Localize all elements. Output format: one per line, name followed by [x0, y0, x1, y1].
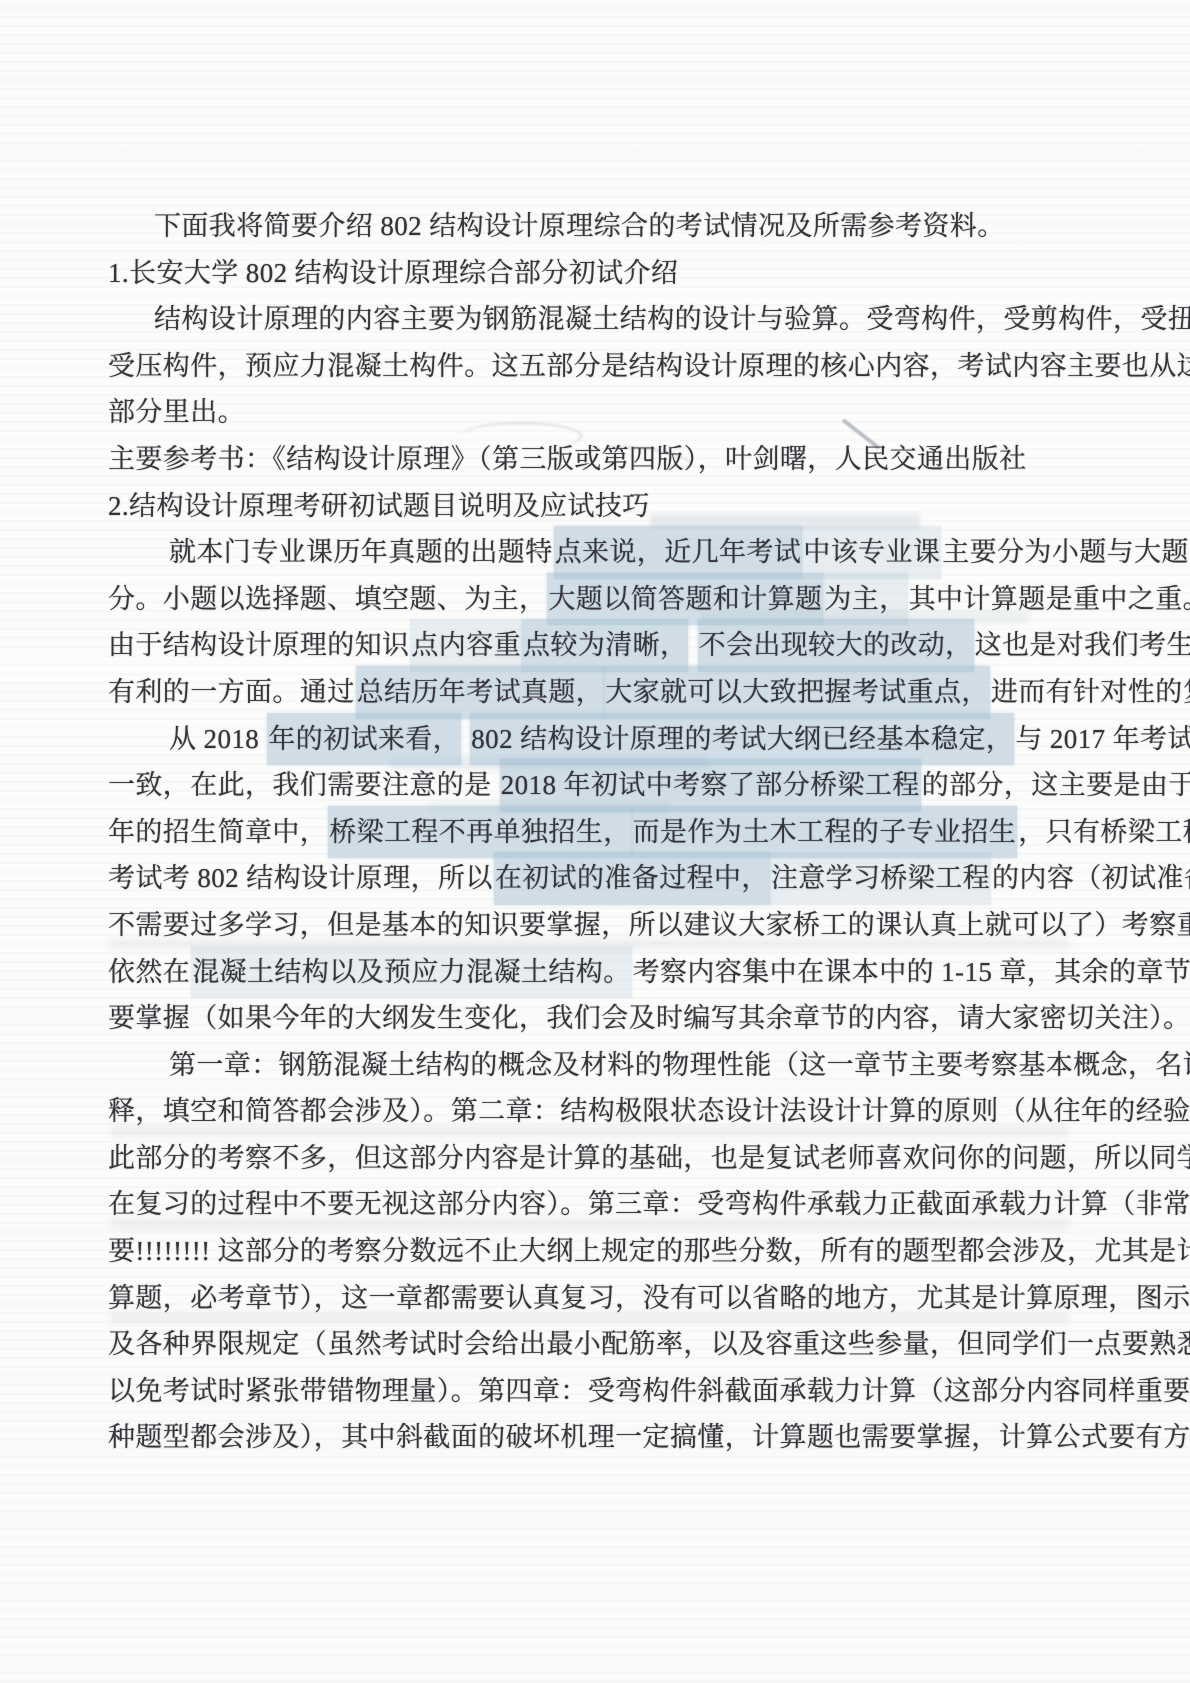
- text-segment: 释，填空和简答都会涉及）。第二章：结构极限状态设计法设计计算的原则（从往年的经验…: [107, 1085, 1190, 1138]
- text-segment: [461, 713, 470, 766]
- text-line: 就本门专业课历年真题的出题特点来说，近几年考试中该专业课主要分为小题与大题两部: [107, 529, 1107, 576]
- text-segment: 年的招生简章中，: [107, 806, 328, 859]
- document-page: 下面我将简要介绍 802 结构设计原理综合的考试情况及所需参考资料。1.长安大学…: [0, 0, 1190, 1683]
- text-line: 依然在混凝土结构以及预应力混凝土结构。考察内容集中在课本中的 1-15 章，其余…: [107, 949, 1107, 996]
- text-segment: ，只有桥梁工程的: [1017, 806, 1190, 859]
- text-segment: 主要分为小题与大题两部: [941, 526, 1190, 579]
- highlighted-text-segment: 而是作为土木工程的子专业招生: [632, 806, 1018, 859]
- highlighted-text-segment: 点来说，近几年考试: [554, 526, 803, 579]
- text-segment: 考察内容集中在课本中的 1-15 章，其余的章节不需: [632, 946, 1190, 999]
- document-text-block: 下面我将简要介绍 802 结构设计原理综合的考试情况及所需参考资料。1.长安大学…: [107, 203, 1107, 1461]
- text-segment: 要!!!!!!!! 这部分的考察分数远不止大纲上规定的那些分数，所有的题型都会涉…: [107, 1225, 1190, 1278]
- text-segment: 算题，必考章节），这一章都需要认真复习，没有可以省略的地方，尤其是计算原理，图示…: [107, 1272, 1190, 1325]
- text-segment: 受压构件，预应力混凝土构件。这五部分是结构设计原理的核心内容，考试内容主要也从这…: [107, 340, 1190, 393]
- text-segment: [688, 619, 697, 672]
- text-line: 一致，在此，我们需要注意的是 2018 年初试中考察了部分桥梁工程的部分，这主要…: [107, 762, 1107, 809]
- highlighted-text-segment: 为主，: [823, 573, 907, 626]
- text-line: 主要参考书：《结构设计原理》（第三版或第四版），叶剑曙，人民交通出版社: [107, 436, 1107, 483]
- text-line: 受压构件，预应力混凝土构件。这五部分是结构设计原理的核心内容，考试内容主要也从这…: [107, 343, 1107, 390]
- text-segment: 此部分的考察不多，但这部分内容是计算的基础，也是复试老师喜欢问你的问题，所以同学…: [107, 1132, 1190, 1185]
- text-line: 此部分的考察不多，但这部分内容是计算的基础，也是复试老师喜欢问你的问题，所以同学…: [107, 1135, 1107, 1182]
- text-line: 下面我将简要介绍 802 结构设计原理综合的考试情况及所需参考资料。: [107, 203, 1107, 250]
- text-segment: 主要参考书：《结构设计原理》（第三版或第四版），叶剑曙，人民交通出版社: [107, 433, 1028, 486]
- text-line: 1.长安大学 802 结构设计原理综合部分初试介绍: [107, 250, 1107, 297]
- text-line: 年的招生简章中，桥梁工程不再单独招生，而是作为土木工程的子专业招生，只有桥梁工程…: [107, 809, 1107, 856]
- text-segment: 部分里出。: [107, 386, 246, 439]
- text-segment: 分。小题以选择题、填空题、为主，: [107, 573, 547, 626]
- highlighted-text-segment: 不会出现较大的改动，: [698, 619, 974, 672]
- highlighted-text-segment: 在初试的准备过程中，: [494, 852, 770, 905]
- text-segment: 的部分，这主要是由于 2018: [921, 759, 1190, 812]
- text-segment: 种题型都会涉及），其中斜截面的破坏机理一定搞懂，计算题也需要掌握，计算公式要有方…: [107, 1411, 1190, 1464]
- text-segment: 以免考试时紧张带错物理量）。第四章：受弯构件斜截面承载力计算（这部分内容同样重要…: [107, 1365, 1190, 1418]
- text-segment: 2.结构设计原理考研初试题目说明及应试技巧: [107, 480, 651, 533]
- text-segment: 下面我将简要介绍 802 结构设计原理综合的考试情况及所需参考资料。: [153, 200, 1006, 253]
- text-line: 从 2018 年的初试来看， 802 结构设计原理的考试大纲已经基本稳定，与 2…: [107, 716, 1107, 763]
- highlighted-text-segment: 桥梁工程不再单独招生，: [328, 806, 631, 859]
- text-segment: 及各种界限规定（虽然考试时会给出最小配筋率，以及容重这些参量，但同学们一点要熟悉…: [107, 1318, 1190, 1371]
- text-line: 种题型都会涉及），其中斜截面的破坏机理一定搞懂，计算题也需要掌握，计算公式要有方…: [107, 1414, 1107, 1461]
- text-line: 分。小题以选择题、填空题、为主，大题以简答题和计算题为主，其中计算题是重中之重。…: [107, 576, 1107, 623]
- text-segment: 有利的一方面。通过: [107, 666, 356, 719]
- text-line: 不需要过多学习，但是基本的知识要掌握，所以建议大家桥工的课认真上就可以了）考察重…: [107, 902, 1107, 949]
- text-line: 在复习的过程中不要无视这部分内容）。第三章：受弯构件承载力正截面承载力计算（非常…: [107, 1181, 1107, 1228]
- text-segment: 1.长安大学 802 结构设计原理综合部分初试介绍: [107, 247, 679, 300]
- highlighted-text-segment: 802 结构设计原理的考试大纲已经基本稳定，: [470, 713, 1014, 766]
- highlighted-text-segment: 注意学习桥梁工程: [770, 852, 991, 905]
- highlighted-text-segment: 点较为清晰，: [522, 619, 688, 672]
- highlighted-text-segment: 2018 年初试中考察了部分桥梁工程: [500, 759, 921, 812]
- highlighted-text-segment: 总结历年考试真题，: [356, 666, 605, 719]
- text-segment: 这也是对我们考生比较: [974, 619, 1190, 672]
- text-segment: 由于结构设计原理的知识: [107, 619, 410, 672]
- text-segment: 依然在: [107, 946, 191, 999]
- text-line: 部分里出。: [107, 389, 1107, 436]
- text-line: 第一章：钢筋混凝土结构的概念及材料的物理性能（这一章节主要考察基本概念，名词解: [107, 1042, 1107, 1089]
- text-line: 要!!!!!!!! 这部分的考察分数远不止大纲上规定的那些分数，所有的题型都会涉…: [107, 1228, 1107, 1275]
- text-segment: 要掌握（如果今年的大纲发生变化，我们会及时编写其余章节的内容，请大家密切关注）。: [107, 992, 1190, 1045]
- text-segment: 考试考 802 结构设计原理，所以: [107, 852, 494, 905]
- text-line: 有利的一方面。通过总结历年考试真题，大家就可以大致把握考试重点，进而有针对性的复…: [107, 669, 1107, 716]
- text-segment: 从 2018: [168, 713, 267, 766]
- highlighted-text-segment: 大家就可以大致把握考试重点，: [604, 666, 990, 719]
- text-line: 结构设计原理的内容主要为钢筋混凝土结构的设计与验算。受弯构件，受剪构件，受扭构件…: [107, 296, 1107, 343]
- text-line: 及各种界限规定（虽然考试时会给出最小配筋率，以及容重这些参量，但同学们一点要熟悉…: [107, 1321, 1107, 1368]
- text-segment: 第一章：钢筋混凝土结构的概念及材料的物理性能（这一章节主要考察基本概念，名词解: [168, 1039, 1190, 1092]
- text-segment: 一致，在此，我们需要注意的是: [107, 759, 500, 812]
- text-segment: 就本门专业课历年真题的出题特: [168, 526, 554, 579]
- text-segment: 不需要过多学习，但是基本的知识要掌握，所以建议大家桥工的课认真上就可以了）考察重…: [107, 899, 1190, 952]
- text-segment: 其中计算题是重中之重。但: [908, 573, 1190, 626]
- text-line: 由于结构设计原理的知识点内容重点较为清晰， 不会出现较大的改动，这也是对我们考生…: [107, 622, 1107, 669]
- text-segment: 在复习的过程中不要无视这部分内容）。第三章：受弯构件承载力正截面承载力计算（非常…: [107, 1178, 1190, 1231]
- text-line: 要掌握（如果今年的大纲发生变化，我们会及时编写其余章节的内容，请大家密切关注）。: [107, 995, 1107, 1042]
- text-line: 释，填空和简答都会涉及）。第二章：结构极限状态设计法设计计算的原则（从往年的经验…: [107, 1088, 1107, 1135]
- text-segment: 结构设计原理的内容主要为钢筋混凝土结构的设计与验算。受弯构件，受剪构件，受扭构件…: [153, 293, 1190, 346]
- text-line: 算题，必考章节），这一章都需要认真复习，没有可以省略的地方，尤其是计算原理，图示…: [107, 1275, 1107, 1322]
- text-segment: 的内容（初试准备时: [991, 852, 1190, 905]
- text-line: 2.结构设计原理考研初试题目说明及应试技巧: [107, 483, 1107, 530]
- highlighted-text-segment: 中该专业课: [802, 526, 941, 579]
- highlighted-text-segment: 点内容重: [410, 619, 522, 672]
- highlighted-text-segment: 大题以简答题和计算题: [547, 573, 823, 626]
- highlighted-text-segment: 混凝土结构以及预应力混凝土结构。: [191, 946, 631, 999]
- highlighted-text-segment: 年的初试来看，: [267, 713, 461, 766]
- text-segment: 进而有针对性的复习。: [990, 666, 1190, 719]
- text-line: 以免考试时紧张带错物理量）。第四章：受弯构件斜截面承载力计算（这部分内容同样重要…: [107, 1368, 1107, 1415]
- text-segment: 与 2017 年考试大纲: [1014, 713, 1190, 766]
- text-line: 考试考 802 结构设计原理，所以在初试的准备过程中，注意学习桥梁工程的内容（初…: [107, 855, 1107, 902]
